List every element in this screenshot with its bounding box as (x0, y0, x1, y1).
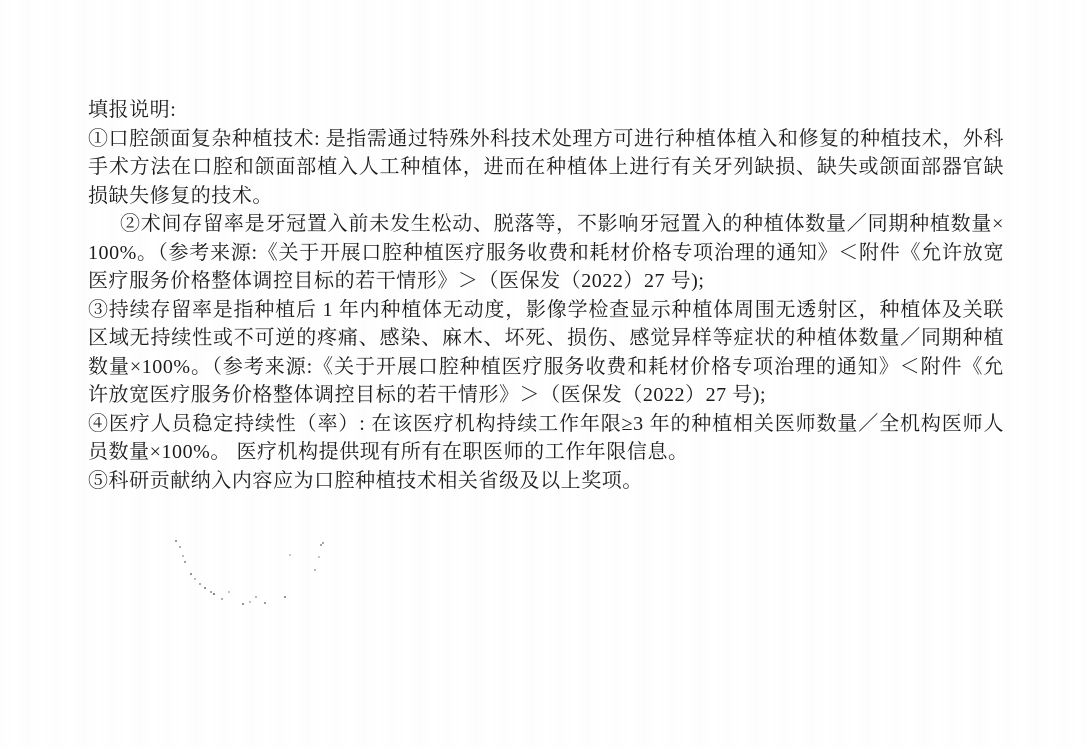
scanned-document-page: 填报说明: ①口腔颌面复杂种植技术: 是指需通过特殊外科技术处理方可进行种植体植… (0, 0, 1087, 748)
note-paragraph-5: ⑤科研贡献纳入内容应为口腔种植技术相关省级及以上奖项。 (88, 467, 1004, 496)
note-paragraph-1: ①口腔颌面复杂种植技术: 是指需通过特殊外科技术处理方可进行种植体植入和修复的种… (88, 125, 1004, 211)
document-heading: 填报说明: (88, 96, 1004, 125)
scan-smudge-artifact (175, 540, 177, 542)
note-paragraph-3: ③持续存留率是指种植后 1 年内种植体无动度，影像学检查显示种植体周围无透射区，… (88, 296, 1004, 410)
note-paragraph-4: ④医疗人员稳定持续性（率）: 在该医疗机构持续工作年限≥3 年的种植相关医师数量… (88, 410, 1004, 467)
document-body: 填报说明: ①口腔颌面复杂种植技术: 是指需通过特殊外科技术处理方可进行种植体植… (88, 96, 1004, 495)
note-paragraph-2: ②术间存留率是牙冠置入前未发生松动、脱落等，不影响牙冠置入的种植体数量／同期种植… (88, 210, 1004, 296)
